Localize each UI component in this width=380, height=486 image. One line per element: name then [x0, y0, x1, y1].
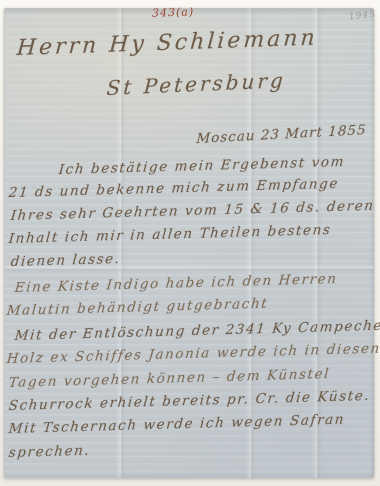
handwritten-line: dienen lasse. [10, 251, 121, 270]
handwritten-line: sprechen. [8, 443, 91, 461]
archive-number-red-ink: 343(a) [152, 5, 195, 19]
